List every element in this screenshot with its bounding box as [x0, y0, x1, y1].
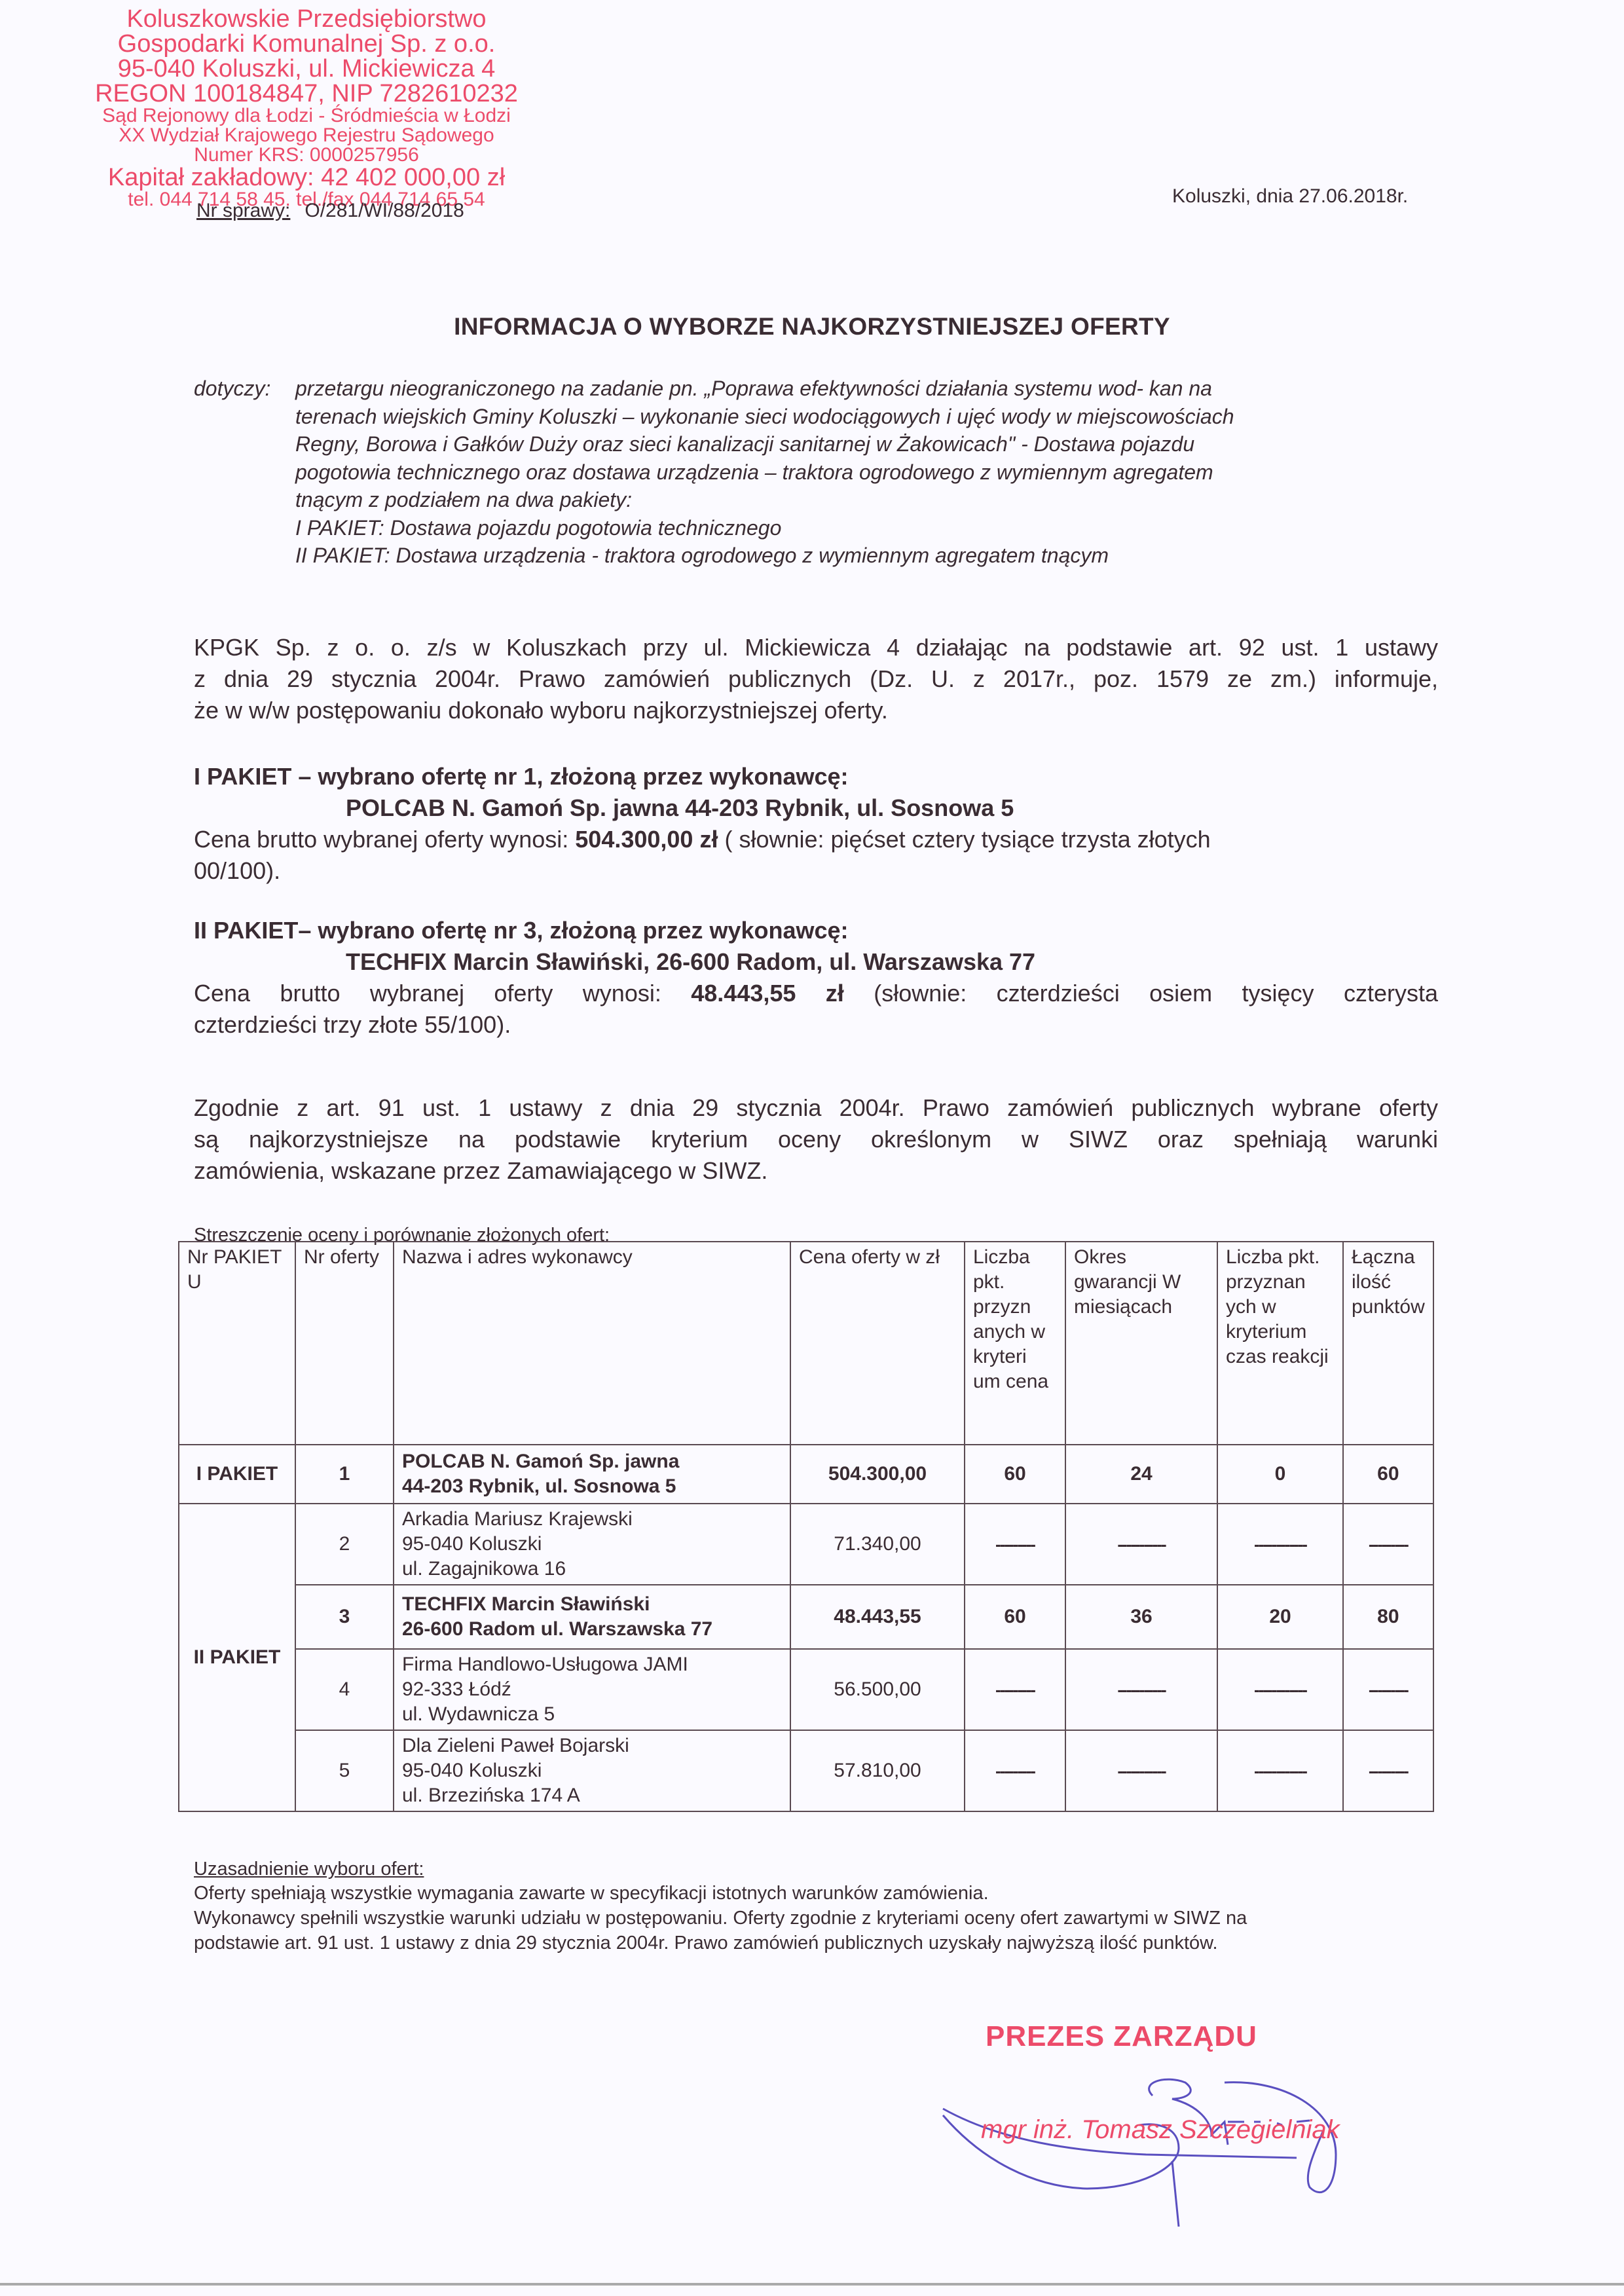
cell-offer-no: 3 — [295, 1585, 394, 1649]
stamp-line: Koluszkowskie Przedsiębiorstwo — [77, 7, 536, 31]
cell-price-points-value: 60 — [1004, 1463, 1025, 1485]
cell-price-value: 71.340,00 — [834, 1533, 921, 1555]
table-row: 3TECHFIX Marcin Sławiński26-600 Radom ul… — [179, 1585, 1433, 1649]
cell-contractor: TECHFIX Marcin Sławiński26-600 Radom ul.… — [394, 1585, 790, 1649]
contractor-line: ul. Wydawnicza 5 — [402, 1702, 782, 1727]
cell-price: 71.340,00 — [790, 1504, 965, 1585]
cell-warranty: 24 — [1065, 1445, 1217, 1504]
header-warranty: Okres gwarancji W miesiącach — [1065, 1242, 1217, 1445]
table-row: 5Dla Zieleni Paweł Bojarski95-040 Kolusz… — [179, 1730, 1433, 1811]
stamp-line: Sąd Rejonowy dla Łodzi - Śródmieścia w Ł… — [77, 106, 536, 126]
contractor-line: 95-040 Koluszki — [402, 1758, 782, 1783]
page-bottom-edge — [0, 2283, 1624, 2286]
cell-total-points-value: --------- — [1369, 1680, 1408, 1699]
subject-lead: dotyczy: — [194, 375, 270, 403]
cell-package-value: I PAKIET — [196, 1463, 278, 1485]
cell-warranty-value: 36 — [1130, 1606, 1152, 1627]
subject-line: przetargu nieograniczonego na zadanie pn… — [295, 375, 1425, 403]
justification-line: Wykonawcy spełnili wszystkie warunki udz… — [194, 1906, 1438, 1931]
cell-price-value: 504.300,00 — [828, 1463, 927, 1485]
table-header-row: Nr PAKIET U Nr oferty Nazwa i adres wyko… — [179, 1242, 1433, 1445]
contractor-line: ul. Brzezińska 174 A — [402, 1783, 782, 1808]
case-number: Nr sprawy:O/281/WI/88/2018 — [196, 200, 464, 222]
cell-price: 56.500,00 — [790, 1649, 965, 1730]
cell-price-points-value: --------- — [995, 1680, 1035, 1699]
cell-warranty: ----------- — [1065, 1649, 1217, 1730]
cell-price-value: 56.500,00 — [834, 1678, 921, 1700]
cell-price-points: --------- — [965, 1504, 1065, 1585]
package-1-price: 504.300,00 zł — [575, 826, 718, 853]
cell-offer-no-value: 5 — [339, 1760, 350, 1781]
justification-line: podstawie art. 91 ust. 1 ustawy z dnia 2… — [194, 1931, 1438, 1955]
cell-warranty: ----------- — [1065, 1730, 1217, 1811]
cell-reaction-points-value: 0 — [1275, 1463, 1286, 1485]
subject-line: tnącym z podziałem na dwa pakiety: — [295, 486, 1425, 514]
subject-line: Regny, Borowa i Gałków Duży oraz sieci k… — [295, 430, 1425, 458]
cell-offer-no-value: 2 — [339, 1533, 350, 1555]
justification-title: Uzasadnienie wyboru ofert: — [194, 1859, 424, 1880]
package-1-result: I PAKIET – wybrano ofertę nr 1, złożoną … — [194, 761, 1438, 887]
price-words-cont: czterdzieści trzy złote 55/100). — [194, 1009, 1438, 1041]
cell-offer-no: 2 — [295, 1504, 394, 1585]
subject-line: I PAKIET: Dostawa pojazdu pogotowia tech… — [295, 514, 1425, 542]
cell-warranty-value: 24 — [1130, 1463, 1152, 1485]
cell-total-points: 80 — [1343, 1585, 1433, 1649]
cell-price-points: 60 — [965, 1585, 1065, 1649]
cell-reaction-points: ------------ — [1217, 1730, 1343, 1811]
cell-warranty-value: ----------- — [1117, 1680, 1165, 1699]
cell-contractor: Arkadia Mariusz Krajewski95-040 Koluszki… — [394, 1504, 790, 1585]
cell-warranty-value: ----------- — [1117, 1761, 1165, 1781]
intro-paragraph: KPGK Sp. z o. o. z/s w Koluszkach przy u… — [194, 632, 1438, 726]
cell-warranty-value: ----------- — [1117, 1534, 1165, 1554]
intro-line: KPGK Sp. z o. o. z/s w Koluszkach przy u… — [194, 632, 1438, 663]
cell-price-value: 57.810,00 — [834, 1760, 921, 1781]
cell-total-points-value: --------- — [1369, 1534, 1408, 1554]
cell-price: 57.810,00 — [790, 1730, 965, 1811]
subject-section: dotyczy: przetargu nieograniczonego na z… — [194, 375, 1425, 570]
cell-reaction-points-value: ------------ — [1254, 1761, 1306, 1781]
cell-contractor: Firma Handlowo-Usługowa JAMI92-333 Łódźu… — [394, 1649, 790, 1730]
case-number-label: Nr sprawy: — [196, 200, 290, 221]
conclusion-paragraph: Zgodnie z art. 91 ust. 1 ustawy z dnia 2… — [194, 1092, 1438, 1187]
package-2-price-line: Cena brutto wybranej oferty wynosi: 48.4… — [194, 978, 1438, 1009]
signature-block: PREZES ZARZĄDU mgr inż. Tomasz Szczegiel… — [943, 2017, 1362, 2213]
cell-offer-no-value: 3 — [339, 1606, 350, 1627]
cell-total-points: --------- — [1343, 1730, 1433, 1811]
cell-reaction-points-value: ------------ — [1254, 1680, 1306, 1699]
cell-total-points-value: 60 — [1377, 1463, 1399, 1485]
cell-package: I PAKIET — [179, 1445, 295, 1504]
price-words: (słownie: czterdzieści osiem tysięcy czt… — [844, 980, 1438, 1007]
place-date: Koluszki, dnia 27.06.2018r. — [1172, 185, 1408, 208]
table-row: I PAKIET1POLCAB N. Gamoń Sp. jawna44-203… — [179, 1445, 1433, 1504]
contractor-line: POLCAB N. Gamoń Sp. jawna — [402, 1449, 782, 1474]
cell-price: 504.300,00 — [790, 1445, 965, 1504]
cell-reaction-points-value: 20 — [1269, 1606, 1291, 1627]
header-contractor: Nazwa i adres wykonawcy — [394, 1242, 790, 1445]
contractor-line: 44-203 Rybnik, ul. Sosnowa 5 — [402, 1474, 782, 1499]
price-words: ( słownie: pięćset cztery tysiące trzyst… — [718, 826, 1210, 853]
cell-total-points: --------- — [1343, 1504, 1433, 1585]
cell-total-points: --------- — [1343, 1649, 1433, 1730]
document-title: INFORMACJA O WYBORZE NAJKORZYSTNIEJSZEJ … — [0, 313, 1624, 341]
cell-reaction-points: ------------ — [1217, 1504, 1343, 1585]
cell-total-points-value: 80 — [1377, 1606, 1399, 1627]
cell-contractor: POLCAB N. Gamoń Sp. jawna44-203 Rybnik, … — [394, 1445, 790, 1504]
cell-warranty: 36 — [1065, 1585, 1217, 1649]
stamp-line: Gospodarki Komunalnej Sp. z o.o. — [77, 31, 536, 56]
package-1-contractor: POLCAB N. Gamoń Sp. jawna 44-203 Rybnik,… — [194, 792, 1438, 824]
subject-line: pogotowia technicznego oraz dostawa urzą… — [295, 458, 1425, 487]
cell-total-points-value: --------- — [1369, 1761, 1408, 1781]
intro-line: z dnia 29 stycznia 2004r. Prawo zamówień… — [194, 663, 1438, 695]
header-price-points: Liczba pkt. przyzn anych w kryteri um ce… — [965, 1242, 1065, 1445]
conclusion-line: są najkorzystniejsze na podstawie kryter… — [194, 1124, 1438, 1155]
company-letterhead-stamp: Koluszkowskie Przedsiębiorstwo Gospodark… — [77, 7, 536, 210]
cell-price-points: --------- — [965, 1730, 1065, 1811]
package-1-heading: I PAKIET – wybrano ofertę nr 1, złożoną … — [194, 761, 1438, 792]
contractor-line: Arkadia Mariusz Krajewski — [402, 1507, 782, 1532]
conclusion-line: zamówienia, wskazane przez Zamawiającego… — [194, 1155, 1438, 1187]
offers-comparison-table: Nr PAKIET U Nr oferty Nazwa i adres wyko… — [178, 1241, 1434, 1812]
subject-line: II PAKIET: Dostawa urządzenia - traktora… — [295, 542, 1425, 570]
cell-offer-no: 5 — [295, 1730, 394, 1811]
header-price: Cena oferty w zł — [790, 1242, 965, 1445]
cell-price: 48.443,55 — [790, 1585, 965, 1649]
contractor-line: Firma Handlowo-Usługowa JAMI — [402, 1652, 782, 1677]
stamp-line: 95-040 Koluszki, ul. Mickiewicza 4 — [77, 56, 536, 81]
stamp-line: Kapitał zakładowy: 42 402 000,00 zł — [77, 165, 536, 190]
contractor-line: ul. Zagajnikowa 16 — [402, 1557, 782, 1582]
cell-price-points: 60 — [965, 1445, 1065, 1504]
cell-reaction-points-value: ------------ — [1254, 1534, 1306, 1554]
header-total-points: Łączna ilość punktów — [1343, 1242, 1433, 1445]
justification-line: Oferty spełniają wszystkie wymagania zaw… — [194, 1881, 1438, 1906]
stamp-line: XX Wydział Krajowego Rejestru Sądowego — [77, 126, 536, 145]
contractor-line: 92-333 Łódź — [402, 1677, 782, 1702]
cell-price-points-value: --------- — [995, 1761, 1035, 1781]
table-row: 4Firma Handlowo-Usługowa JAMI92-333 Łódź… — [179, 1649, 1433, 1730]
conclusion-line: Zgodnie z art. 91 ust. 1 ustawy z dnia 2… — [194, 1092, 1438, 1124]
cell-offer-no-value: 1 — [339, 1463, 350, 1485]
cell-offer-no: 4 — [295, 1649, 394, 1730]
price-prefix: Cena brutto wybranej oferty wynosi: — [194, 826, 575, 853]
cell-reaction-points: 20 — [1217, 1585, 1343, 1649]
cell-price-points-value: 60 — [1004, 1606, 1025, 1627]
header-package-no: Nr PAKIET U — [179, 1242, 295, 1445]
header-offer-no: Nr oferty — [295, 1242, 394, 1445]
table-row: II PAKIET2Arkadia Mariusz Krajewski95-04… — [179, 1504, 1433, 1585]
cell-offer-no-value: 4 — [339, 1678, 350, 1700]
cell-total-points: 60 — [1343, 1445, 1433, 1504]
contractor-line: TECHFIX Marcin Sławiński — [402, 1592, 782, 1617]
signature-name: mgr inż. Tomasz Szczegielniak — [981, 2115, 1340, 2145]
stamp-line: Numer KRS: 0000257956 — [77, 145, 536, 165]
cell-reaction-points: 0 — [1217, 1445, 1343, 1504]
stamp-line: REGON 100184847, NIP 7282610232 — [77, 81, 536, 106]
signature-role: PREZES ZARZĄDU — [986, 2020, 1257, 2053]
package-2-heading: II PAKIET– wybrano ofertę nr 3, złożoną … — [194, 915, 1438, 946]
subject-line: terenach wiejskich Gminy Koluszki – wyko… — [295, 403, 1425, 431]
package-2-price: 48.443,55 zł — [691, 980, 844, 1007]
cell-package: II PAKIET — [179, 1504, 295, 1811]
package-2-contractor: TECHFIX Marcin Sławiński, 26-600 Radom, … — [194, 946, 1438, 978]
justification-body: Oferty spełniają wszystkie wymagania zaw… — [194, 1881, 1438, 1955]
contractor-line: Dla Zieleni Paweł Bojarski — [402, 1733, 782, 1758]
price-words-cont: 00/100). — [194, 855, 1438, 887]
intro-line: że w w/w postępowaniu dokonało wyboru na… — [194, 695, 1438, 726]
contractor-line: 95-040 Koluszki — [402, 1532, 782, 1557]
cell-reaction-points: ------------ — [1217, 1649, 1343, 1730]
price-prefix: Cena brutto wybranej oferty wynosi: — [194, 980, 691, 1007]
case-number-value: O/281/WI/88/2018 — [304, 200, 464, 221]
cell-price-points: --------- — [965, 1649, 1065, 1730]
package-2-result: II PAKIET– wybrano ofertę nr 3, złożoną … — [194, 915, 1438, 1041]
package-1-price-line: Cena brutto wybranej oferty wynosi: 504.… — [194, 824, 1438, 855]
header-reaction-points: Liczba pkt. przyznan ych w kryterium cza… — [1217, 1242, 1343, 1445]
cell-price-points-value: --------- — [995, 1534, 1035, 1554]
cell-price-value: 48.443,55 — [834, 1606, 921, 1627]
contractor-line: 26-600 Radom ul. Warszawska 77 — [402, 1617, 782, 1642]
cell-contractor: Dla Zieleni Paweł Bojarski95-040 Koluszk… — [394, 1730, 790, 1811]
cell-package-value: II PAKIET — [194, 1646, 281, 1668]
cell-warranty: ----------- — [1065, 1504, 1217, 1585]
cell-offer-no: 1 — [295, 1445, 394, 1504]
